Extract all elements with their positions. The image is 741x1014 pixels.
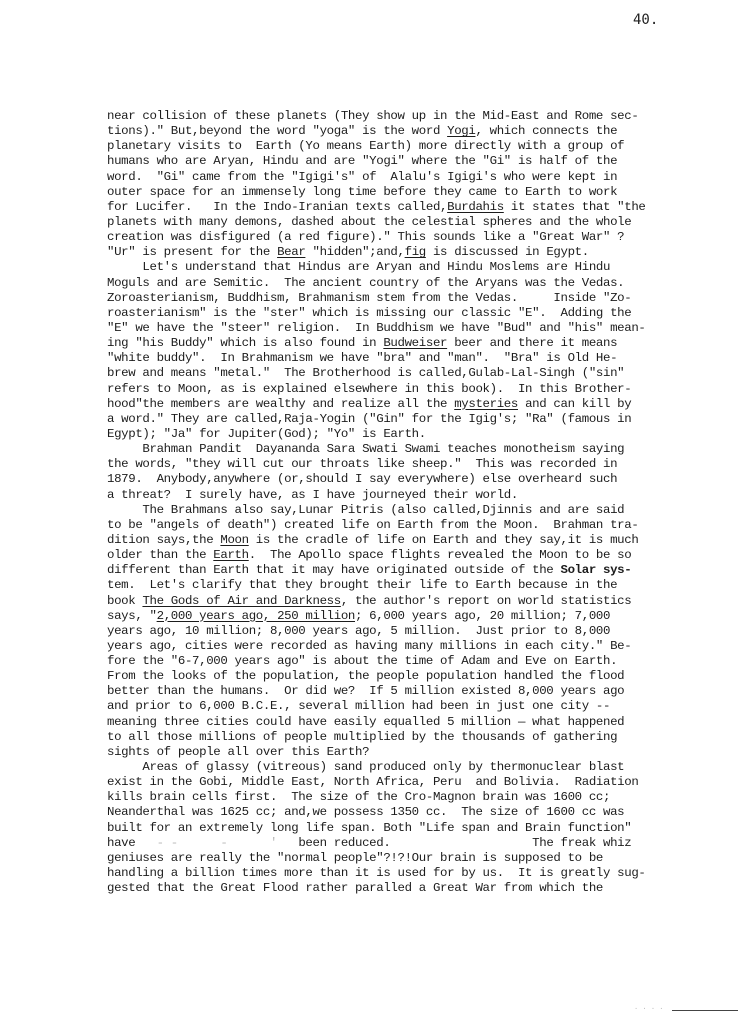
- text-span: . The Apollo space flights revealed the …: [249, 548, 632, 562]
- text-span: Egypt); "Ja" for Jupiter(God); "Yo" is E…: [107, 427, 426, 441]
- text-line: roasterianism" is the "ster" which is mi…: [107, 306, 657, 321]
- text-span: to all those millions of people multipli…: [107, 730, 617, 744]
- text-span: the words, "they will cut our throats li…: [107, 457, 617, 471]
- text-span: near collision of these planets (They sh…: [107, 109, 638, 123]
- text-span: dition says,the: [107, 533, 220, 547]
- text-span: it states that "the: [504, 200, 646, 214]
- text-line: word. "Gi" came from the "Igigi's" of Al…: [107, 170, 657, 185]
- text-line: brew and means "metal." The Brotherhood …: [107, 366, 657, 381]
- underlined-text: mysteries: [454, 397, 518, 411]
- text-line: geniuses are really the "normal people"?…: [107, 851, 657, 866]
- text-line: different than Earth that it may have or…: [107, 563, 657, 578]
- text-span: gested that the Great Flood rather paral…: [107, 881, 603, 895]
- text-span: roasterianism" is the "ster" which is mi…: [107, 306, 631, 320]
- text-span: planetary visits to Earth (Yo means Eart…: [107, 139, 624, 153]
- text-span: to be "angels of death") created life on…: [107, 518, 638, 532]
- text-span: is the cradle of life on Earth and they …: [249, 533, 639, 547]
- bold-text: Solar sys-: [560, 563, 631, 577]
- text-span: , the author's report on world statistic…: [341, 594, 632, 608]
- text-span: years ago, cities were recorded as havin…: [107, 639, 631, 653]
- text-line: Let's understand that Hindus are Aryan a…: [107, 260, 657, 275]
- text-span: Neanderthal was 1625 cc; and,we possess …: [107, 805, 624, 819]
- underlined-text: The Gods of Air and Darkness: [142, 594, 340, 608]
- text-span: humans who are Aryan, Hindu and are "Yog…: [107, 154, 617, 168]
- text-line: gested that the Great Flood rather paral…: [107, 881, 657, 896]
- text-line: refers to Moon, as is explained elsewher…: [107, 382, 657, 397]
- body-text: near collision of these planets (They sh…: [107, 109, 657, 896]
- text-span: Let's understand that Hindus are Aryan a…: [107, 260, 610, 274]
- text-span: meaning three cities could have easily e…: [107, 715, 624, 729]
- text-span: The Brahmans also say,Lunar Pitris (also…: [107, 503, 624, 517]
- text-line: From the looks of the population, the pe…: [107, 669, 657, 684]
- text-line: ing "his Buddy" which is also found in B…: [107, 336, 657, 351]
- text-line: outer space for an immensely long time b…: [107, 185, 657, 200]
- text-line: tions)." But,beyond the word "yoga" is t…: [107, 124, 657, 139]
- text-line: handling a billion times more than it is…: [107, 866, 657, 881]
- text-span: word. "Gi" came from the "Igigi's" of Al…: [107, 170, 617, 184]
- text-span: ing "his Buddy" which is also found in: [107, 336, 383, 350]
- text-line: have - - - ' been reduced. The freak whi…: [107, 836, 657, 851]
- text-line: the words, "they will cut our throats li…: [107, 457, 657, 472]
- underlined-text: Bear: [277, 245, 305, 259]
- text-span: better than the humans. Or did we? If 5 …: [107, 684, 624, 698]
- text-span: brew and means "metal." The Brotherhood …: [107, 366, 624, 380]
- text-span: Brahman Pandit Dayananda Sara Swati Swam…: [107, 442, 624, 456]
- footer-scan-mark: · · · ·: [634, 1005, 664, 1013]
- text-span: book: [107, 594, 142, 608]
- text-line: Areas of glassy (vitreous) sand produced…: [107, 760, 657, 775]
- text-span: a threat? I surely have, as I have journ…: [107, 488, 518, 502]
- text-line: Moguls and are Semitic. The ancient coun…: [107, 276, 657, 291]
- text-line: kills brain cells first. The size of the…: [107, 790, 657, 805]
- text-span: older than the: [107, 548, 213, 562]
- text-line: Brahman Pandit Dayananda Sara Swati Swam…: [107, 442, 657, 457]
- text-span: "Ur" is present for the: [107, 245, 277, 259]
- underlined-text: 2,000 years ago, 250 million: [157, 609, 355, 623]
- text-span: , which connects the: [475, 124, 617, 138]
- text-line: for Lucifer. In the Indo-Iranian texts c…: [107, 200, 657, 215]
- text-line: a word." They are called,Raja-Yogin ("Gi…: [107, 412, 657, 427]
- text-span: and can kill by: [518, 397, 631, 411]
- text-line: planets with many demons, dashed about t…: [107, 215, 657, 230]
- text-span: handling a billion times more than it is…: [107, 866, 646, 880]
- text-line: years ago, cities were recorded as havin…: [107, 639, 657, 654]
- text-line: dition says,the Moon is the cradle of li…: [107, 533, 657, 548]
- text-span: sights of people all over this Earth?: [107, 745, 369, 759]
- text-span: Areas of glassy (vitreous) sand produced…: [107, 760, 624, 774]
- text-span: fore the "6-7,000 years ago" is about th…: [107, 654, 617, 668]
- text-span: geniuses are really the "normal people"?…: [107, 851, 603, 865]
- text-span: hood"the members are wealthy and realize…: [107, 397, 454, 411]
- text-line: creation was disfigured (a red figure)."…: [107, 230, 657, 245]
- text-span: tem. Let's clarify that they brought the…: [107, 578, 617, 592]
- text-line: book The Gods of Air and Darkness, the a…: [107, 594, 657, 609]
- text-line: "Ur" is present for the Bear "hidden";an…: [107, 245, 657, 260]
- text-line: to be "angels of death") created life on…: [107, 518, 657, 533]
- text-line: planetary visits to Earth (Yo means Eart…: [107, 139, 657, 154]
- text-line: fore the "6-7,000 years ago" is about th…: [107, 654, 657, 669]
- text-line: The Brahmans also say,Lunar Pitris (also…: [107, 503, 657, 518]
- text-line: exist in the Gobi, Middle East, North Af…: [107, 775, 657, 790]
- text-line: "white buddy". In Brahmanism we have "br…: [107, 351, 657, 366]
- text-span: a word." They are called,Raja-Yogin ("Gi…: [107, 412, 631, 426]
- text-line: near collision of these planets (They sh…: [107, 109, 657, 124]
- underlined-text: fig: [405, 245, 426, 259]
- text-line: better than the humans. Or did we? If 5 …: [107, 684, 657, 699]
- text-span: From the looks of the population, the pe…: [107, 669, 624, 683]
- underlined-text: Burdahis: [447, 200, 504, 214]
- text-span: built for an extremely long life span. B…: [107, 821, 631, 835]
- text-span: for Lucifer. In the Indo-Iranian texts c…: [107, 200, 447, 214]
- text-span: "hidden";and,: [305, 245, 404, 259]
- text-span: years ago, 10 million; 8,000 years ago, …: [107, 624, 610, 638]
- text-span: and prior to 6,000 B.C.E., several milli…: [107, 699, 610, 713]
- text-line: built for an extremely long life span. B…: [107, 821, 657, 836]
- text-span: "E" we have the "steer" religion. In Bud…: [107, 321, 646, 335]
- faded-text: - - - ': [135, 836, 284, 850]
- text-span: different than Earth that it may have or…: [107, 563, 560, 577]
- text-span: refers to Moon, as is explained elsewher…: [107, 382, 631, 396]
- text-line: a threat? I surely have, as I have journ…: [107, 488, 657, 503]
- text-span: Moguls and are Semitic. The ancient coun…: [107, 276, 624, 290]
- footer-rule: [672, 1010, 738, 1011]
- text-span: planets with many demons, dashed about t…: [107, 215, 631, 229]
- text-span: beer and there it means: [447, 336, 617, 350]
- text-span: been reduced. The freak whiz: [284, 836, 631, 850]
- text-span: kills brain cells first. The size of the…: [107, 790, 610, 804]
- text-line: "E" we have the "steer" religion. In Bud…: [107, 321, 657, 336]
- text-span: tions)." But,beyond the word "yoga" is t…: [107, 124, 447, 138]
- text-line: humans who are Aryan, Hindu and are "Yog…: [107, 154, 657, 169]
- text-line: Neanderthal was 1625 cc; and,we possess …: [107, 805, 657, 820]
- text-line: years ago, 10 million; 8,000 years ago, …: [107, 624, 657, 639]
- text-span: 1879. Anybody,anywhere (or,should I say …: [107, 472, 617, 486]
- page-number: 40.: [633, 12, 658, 28]
- text-line: tem. Let's clarify that they brought the…: [107, 578, 657, 593]
- text-line: sights of people all over this Earth?: [107, 745, 657, 760]
- text-span: have: [107, 836, 135, 850]
- text-span: says, ": [107, 609, 157, 623]
- text-line: Zoroasterianism, Buddhism, Brahmanism st…: [107, 291, 657, 306]
- text-line: 1879. Anybody,anywhere (or,should I say …: [107, 472, 657, 487]
- text-line: Egypt); "Ja" for Jupiter(God); "Yo" is E…: [107, 427, 657, 442]
- text-line: meaning three cities could have easily e…: [107, 715, 657, 730]
- text-line: to all those millions of people multipli…: [107, 730, 657, 745]
- text-line: older than the Earth. The Apollo space f…: [107, 548, 657, 563]
- underlined-text: Budweiser: [383, 336, 447, 350]
- text-span: Zoroasterianism, Buddhism, Brahmanism st…: [107, 291, 631, 305]
- text-span: "white buddy". In Brahmanism we have "br…: [107, 351, 617, 365]
- underlined-text: Earth: [213, 548, 248, 562]
- underlined-text: Moon: [220, 533, 248, 547]
- text-span: exist in the Gobi, Middle East, North Af…: [107, 775, 638, 789]
- text-span: creation was disfigured (a red figure)."…: [107, 230, 624, 244]
- text-span: ; 6,000 years ago, 20 million; 7,000: [355, 609, 610, 623]
- text-line: and prior to 6,000 B.C.E., several milli…: [107, 699, 657, 714]
- text-span: is discussed in Egypt.: [426, 245, 589, 259]
- text-span: outer space for an immensely long time b…: [107, 185, 617, 199]
- text-line: hood"the members are wealthy and realize…: [107, 397, 657, 412]
- underlined-text: Yogi: [447, 124, 475, 138]
- text-line: says, "2,000 years ago, 250 million; 6,0…: [107, 609, 657, 624]
